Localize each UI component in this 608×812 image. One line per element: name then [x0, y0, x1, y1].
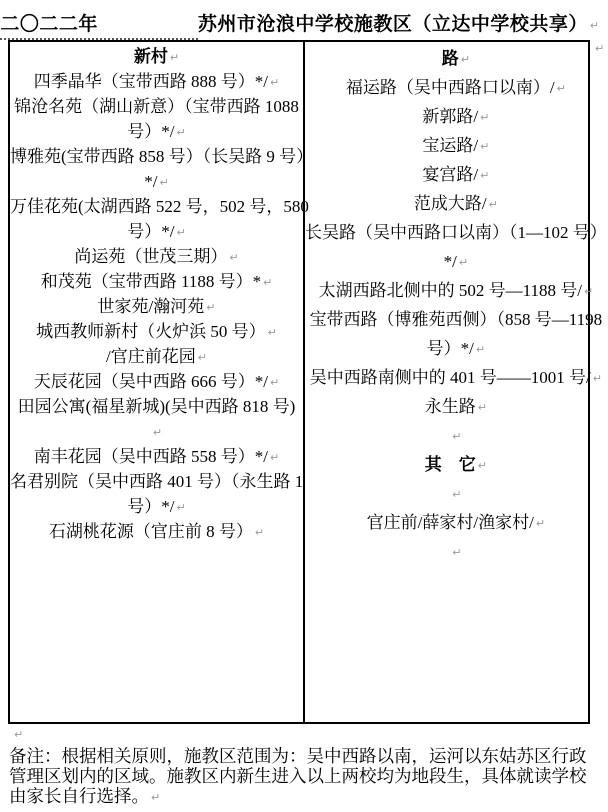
- paragraph-mark-icon: ↵: [268, 326, 277, 339]
- district-table: 新村↵四季晶华（宝带西路 888 号）*/↵锦沧名苑（湖山新意）（宝带西路 10…: [8, 40, 590, 724]
- table-line: 号）*/↵: [10, 494, 303, 519]
- line-text: 天辰花园（吴中西路 666 号）*/: [34, 372, 268, 391]
- table-line: 永生路↵: [305, 392, 607, 421]
- paragraph-mark-icon: ↵: [177, 126, 186, 139]
- line-text: */: [444, 252, 457, 271]
- table-line: 天辰花园（吴中西路 666 号）*/↵: [10, 369, 303, 394]
- table-line: /官庄前花园↵: [10, 344, 303, 369]
- paragraph-mark-icon: ↵: [557, 82, 566, 95]
- table-line: 官庄前/薛家村/渔家村/↵: [305, 508, 607, 537]
- line-text: 新郭路/: [422, 107, 478, 126]
- title-text: 苏州市沧浪中学校施教区（立达中学校共享）: [198, 14, 588, 35]
- table-line: ↵: [305, 421, 607, 450]
- line-text: 新村: [134, 47, 168, 66]
- line-text: 宴宫路/: [422, 165, 478, 184]
- table-line: 其 它↵: [305, 450, 607, 479]
- line-text: 城西教师新村（火炉浜 50 号）: [36, 322, 266, 341]
- table-line: 锦沧名苑（湖山新意）（宝带西路 1088: [10, 94, 303, 119]
- paragraph-mark-icon: ↵: [270, 76, 279, 89]
- paragraph-mark-icon: ↵: [478, 459, 487, 472]
- line-text: 石湖桃花源（官庄前 8 号）: [49, 522, 253, 541]
- paragraph-mark-icon: ↵: [536, 517, 545, 530]
- paragraph-mark-icon: ↵: [452, 430, 461, 443]
- table-line: 新村↵: [10, 44, 303, 69]
- paragraph-mark-icon: ↵: [593, 372, 602, 385]
- line-text: 永生路: [425, 397, 476, 416]
- table-line: 路↵: [305, 44, 607, 73]
- line-text: 锦沧名苑（湖山新意）（宝带西路 1088: [14, 97, 299, 116]
- paragraph-mark-icon: ↵: [584, 285, 593, 298]
- table-line: 太湖西路北侧中的 502 号—1188 号/↵: [305, 276, 607, 305]
- table-line: 南丰花园（吴中西路 558 号）*/↵: [10, 444, 303, 469]
- paragraph-mark-icon: ↵: [452, 546, 461, 559]
- paragraph-mark-icon: ↵: [151, 791, 160, 804]
- line-text: 名君别院（吴中西路 401 号）（永生路 1: [10, 472, 303, 491]
- table-line: 尚运苑（世茂三期）↵: [10, 244, 303, 269]
- paragraph-mark-icon: ↵: [177, 226, 186, 239]
- line-text: 宝运路/: [422, 136, 478, 155]
- table-line: 新郭路/↵: [305, 102, 607, 131]
- footnote-text: 备注：根据相关原则，施教区范围为：吴中西路以南，运河以东姑苏区行政管理区划内的区…: [9, 746, 587, 806]
- paragraph-mark-icon: ↵: [590, 19, 600, 32]
- table-cell-xincun: 新村↵四季晶华（宝带西路 888 号）*/↵锦沧名苑（湖山新意）（宝带西路 10…: [10, 42, 305, 722]
- line-text: 宝带西路（博雅苑西侧）（858 号—1198: [310, 310, 603, 329]
- paragraph-mark-icon: ↵: [177, 501, 186, 514]
- line-text: 号）*/: [127, 497, 174, 516]
- table-line: 博雅苑(宝带西路 858 号）（长吴路 9 号）: [10, 144, 303, 169]
- paragraph-mark-icon: ↵: [459, 256, 468, 269]
- table-line: 吴中西路南侧中的 401 号——1001 号/↵: [305, 363, 607, 392]
- table-line: ↵: [10, 419, 303, 444]
- footnote: 备注：根据相关原则，施教区范围为：吴中西路以南，运河以东姑苏区行政管理区划内的区…: [9, 746, 603, 808]
- table-line: 长吴路（吴中西路口以南）（1—102 号）: [305, 218, 607, 247]
- table-line: ↵: [305, 479, 607, 508]
- line-text: 长吴路（吴中西路口以南）（1—102 号）: [305, 223, 607, 242]
- table-line: 石湖桃花源（官庄前 8 号）↵: [10, 519, 303, 544]
- line-text: 其 它: [425, 455, 476, 474]
- table-line: 号）*/↵: [10, 119, 303, 144]
- paragraph-mark-icon: ↵: [270, 376, 279, 389]
- paragraph-mark-icon: ↵: [160, 176, 169, 189]
- line-text: 南丰花园（吴中西路 558 号）*/: [34, 447, 268, 466]
- line-text: 太湖西路北侧中的 502 号—1188 号/: [319, 281, 582, 300]
- line-text: 万佳花苑(太湖西路 522 号，502 号，580: [10, 197, 309, 216]
- paragraph-mark-icon: ↵: [153, 426, 162, 439]
- table-cell-roads: 路↵福运路（吴中西路口以南）/↵新郭路/↵宝运路/↵宴宫路/↵范成大路/↵长吴路…: [305, 42, 607, 722]
- line-text: 尚运苑（世茂三期）: [74, 247, 227, 266]
- paragraph-mark-icon: ↵: [198, 351, 207, 364]
- page-title: 二〇二二年苏州市沧浪中学校施教区（立达中学校共享）↵: [0, 9, 600, 36]
- paragraph-mark-icon: ↵: [263, 276, 272, 289]
- paragraph-mark-icon: ↵: [480, 169, 489, 182]
- line-text: 世家苑/瀚河苑: [98, 297, 205, 316]
- table-line: */↵: [10, 169, 303, 194]
- table-line: 四季晶华（宝带西路 888 号）*/↵: [10, 69, 303, 94]
- table-line: 名君别院（吴中西路 401 号）（永生路 1: [10, 469, 303, 494]
- paragraph-mark-icon: ↵: [206, 301, 215, 314]
- line-text: 四季晶华（宝带西路 888 号）*/: [34, 72, 268, 91]
- empty-paragraph-mark-icon: ↵: [14, 728, 23, 741]
- paragraph-mark-icon: ↵: [452, 488, 461, 501]
- table-line: 号）*/↵: [305, 334, 607, 363]
- paragraph-mark-icon: ↵: [229, 251, 238, 264]
- table-line: ↵: [305, 537, 607, 566]
- line-text: 路: [442, 49, 459, 68]
- table-line: 宴宫路/↵: [305, 160, 607, 189]
- paragraph-mark-icon: ↵: [476, 343, 485, 356]
- table-line: 世家苑/瀚河苑↵: [10, 294, 303, 319]
- line-text: 范成大路/: [414, 194, 487, 213]
- paragraph-mark-icon: ↵: [478, 401, 487, 414]
- line-text: 官庄前/薛家村/渔家村/: [367, 513, 534, 532]
- line-text: 号）*/: [427, 339, 474, 358]
- paragraph-mark-icon: ↵: [480, 111, 489, 124]
- line-text: 田园公寓(福星新城)(吴中西路 818 号): [18, 397, 296, 416]
- title-year: 二〇二二年: [0, 14, 198, 40]
- paragraph-mark-icon: ↵: [489, 198, 498, 211]
- line-text: 和茂苑（宝带西路 1188 号）*: [41, 272, 261, 291]
- line-text: 号）*/: [127, 222, 174, 241]
- paragraph-mark-icon: ↵: [480, 140, 489, 153]
- table-line: 田园公寓(福星新城)(吴中西路 818 号): [10, 394, 303, 419]
- line-text: 博雅苑(宝带西路 858 号）（长吴路 9 号）: [10, 147, 313, 166]
- table-line: 范成大路/↵: [305, 189, 607, 218]
- paragraph-mark-icon: ↵: [270, 451, 279, 464]
- paragraph-mark-icon: ↵: [170, 51, 179, 64]
- table-line: */↵: [305, 247, 607, 276]
- table-line: 城西教师新村（火炉浜 50 号）↵: [10, 319, 303, 344]
- line-text: 福运路（吴中西路口以南）/: [346, 78, 555, 97]
- line-text: */: [144, 172, 157, 191]
- table-line: 和茂苑（宝带西路 1188 号）*↵: [10, 269, 303, 294]
- document-page: 二〇二二年苏州市沧浪中学校施教区（立达中学校共享）↵ ↵ 新村↵四季晶华（宝带西…: [0, 0, 608, 812]
- paragraph-mark-icon: ↵: [461, 53, 470, 66]
- table-line: 宝带西路（博雅苑西侧）（858 号—1198: [305, 305, 607, 334]
- table-line: 号）*/↵: [10, 219, 303, 244]
- line-text: 吴中西路南侧中的 401 号——1001 号/: [310, 368, 591, 387]
- table-line: 万佳花苑(太湖西路 522 号，502 号，580: [10, 194, 303, 219]
- table-line: 宝运路/↵: [305, 131, 607, 160]
- line-text: /官庄前花园: [106, 347, 196, 366]
- table-line: 福运路（吴中西路口以南）/↵: [305, 73, 607, 102]
- line-text: 号）*/: [127, 122, 174, 141]
- paragraph-mark-icon: ↵: [255, 526, 264, 539]
